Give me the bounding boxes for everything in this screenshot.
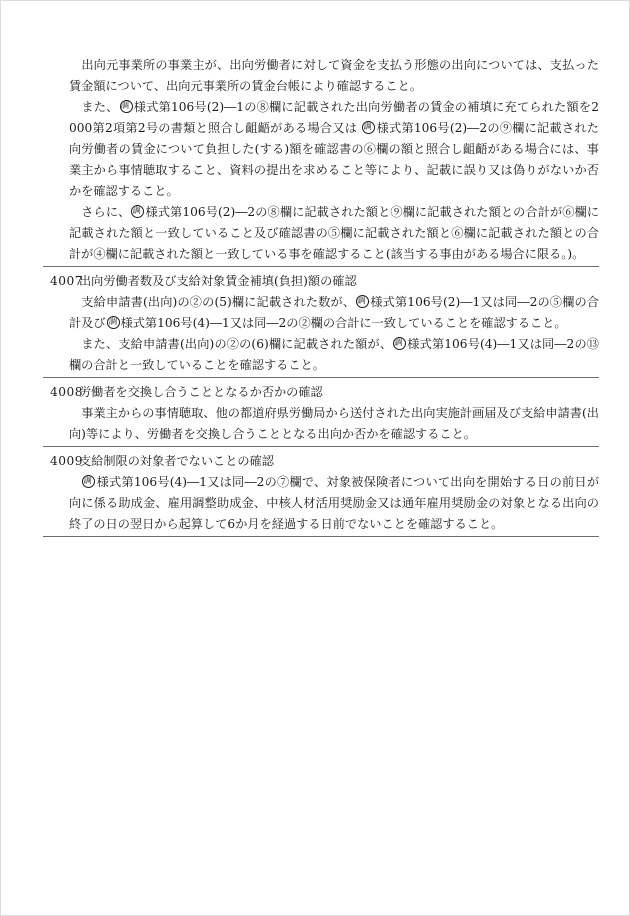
section-divider [43,377,599,378]
paragraph: 事業主からの事情聴取、他の都道府県労働局から送付された出向実施計画届及び支給申請… [69,403,599,445]
section-number: 4007 [50,271,79,292]
circled-form-mark: 調 [120,100,133,113]
text-line: 欄の合計と一致していることを確認すること。 [69,355,599,376]
section-body: 調様式第106号(4)―1又は同―2の⑦欄で、対象被保険者について出向を開始する… [43,472,599,535]
paragraph: また、支給申請書(出向)の②の(6)欄に記載された額が、調様式第106号(4)―… [69,334,599,376]
section-heading: 4007出向労働者数及び支給対象賃金補填(負担)額の確認 [50,271,599,292]
text-line: 賃金額について、出向元事業所の賃金台帳により確認すること。 [69,76,599,97]
section-title: 労働者を交換し合うこととなるか否かの確認 [79,385,323,399]
text-line: また、支給申請書(出向)の②の(6)欄に記載された額が、調様式第106号(4)―… [69,334,599,355]
circled-form-mark: 調 [107,316,120,329]
text-line: また、調様式第106号(2)―1の⑧欄に記載された出向労働者の賃金の補填に充てら… [69,97,599,118]
section-4009: 4009支給制限の対象者でないことの確認 調様式第106号(4)―1又は同―2の… [43,451,599,535]
text-line: かを確認すること。 [69,181,599,202]
paragraph: 調様式第106号(4)―1又は同―2の⑦欄で、対象被保険者について出向を開始する… [69,472,599,535]
text-line: 調様式第106号(4)―1又は同―2の⑦欄で、対象被保険者について出向を開始する… [69,472,599,493]
circled-form-mark: 調 [393,337,406,350]
text-line: さらに、調様式第106号(2)―2の⑧欄に記載された額と⑨欄に記載された額との合… [69,202,599,223]
intro-continuation-text: 出向元事業所の事業主が、出向労働者に対して資金を支払う形態の出向については、支払… [43,55,599,265]
section-heading: 4008労働者を交換し合うこととなるか否かの確認 [50,382,599,403]
circled-form-mark: 調 [356,295,369,308]
section-number: 4009 [50,451,79,472]
text-line: 支給申請書(出向)の②の(5)欄に記載された数が、調様式第106号(2)―1又は… [69,292,599,313]
text-line: 記載された額と一致していること及び確認書の⑤欄に記載された額と⑥欄に記載された額… [69,223,599,244]
paragraph: さらに、調様式第106号(2)―2の⑧欄に記載された額と⑨欄に記載された額との合… [69,202,599,265]
text-line: 出向元事業所の事業主が、出向労働者に対して資金を支払う形態の出向については、支払… [69,55,599,76]
section-title: 出向労働者数及び支給対象賃金補填(負担)額の確認 [79,274,357,288]
text-line: 000第2項第2号の書類と照合し齟齬がある場合又は 調様式第106号(2)―2の… [69,118,599,139]
section-body: 事業主からの事情聴取、他の都道府県労働局から送付された出向実施計画届及び支給申請… [43,403,599,445]
section-4008: 4008労働者を交換し合うこととなるか否かの確認 事業主からの事情聴取、他の都道… [43,382,599,445]
document-page: 出向元事業所の事業主が、出向労働者に対して資金を支払う形態の出向については、支払… [0,0,630,916]
text-line: 向労働者の賃金について負担した(する)額を確認書の⑥欄の額と照合し齟齬がある場合… [69,139,599,160]
paragraph: また、調様式第106号(2)―1の⑧欄に記載された出向労働者の賃金の補填に充てら… [69,97,599,202]
section-body: 支給申請書(出向)の②の(5)欄に記載された数が、調様式第106号(2)―1又は… [43,292,599,376]
paragraph: 支給申請書(出向)の②の(5)欄に記載された数が、調様式第106号(2)―1又は… [69,292,599,334]
circled-form-mark: 調 [131,205,144,218]
section-heading: 4009支給制限の対象者でないことの確認 [50,451,599,472]
section-number: 4008 [50,382,79,403]
section-4007: 4007出向労働者数及び支給対象賃金補填(負担)額の確認 支給申請書(出向)の②… [43,271,599,376]
section-divider [43,536,599,537]
text-line: 業主から事情聴取すること、資料の提出を求めること等により、記載に誤り又は偽りがな… [69,160,599,181]
paragraph: 出向元事業所の事業主が、出向労働者に対して資金を支払う形態の出向については、支払… [69,55,599,97]
circled-form-mark: 調 [362,121,375,134]
text-line: 終了の日の翌日から起算して6か月を経過する日前でないことを確認すること。 [69,514,599,535]
text-line: 計が④欄に記載された額と一致している事を確認すること(該当する事由がある場合に限… [69,244,599,265]
circled-form-mark: 調 [82,475,95,488]
text-line: 事業主からの事情聴取、他の都道府県労働局から送付された出向実施計画届及び支給申請… [69,403,599,424]
section-divider [43,266,599,267]
section-title: 支給制限の対象者でないことの確認 [79,454,274,468]
section-divider [43,446,599,447]
text-line: 計及び調様式第106号(4)―1又は同―2の②欄の合計に一致していることを確認す… [69,313,599,334]
text-line: 向に係る助成金、雇用調整助成金、中核人材活用奨励金又は通年雇用奨励金の対象となる… [69,493,599,514]
text-line: 向)等により、労働者を交換し合うこととなる出向か否かを確認すること。 [69,424,599,445]
